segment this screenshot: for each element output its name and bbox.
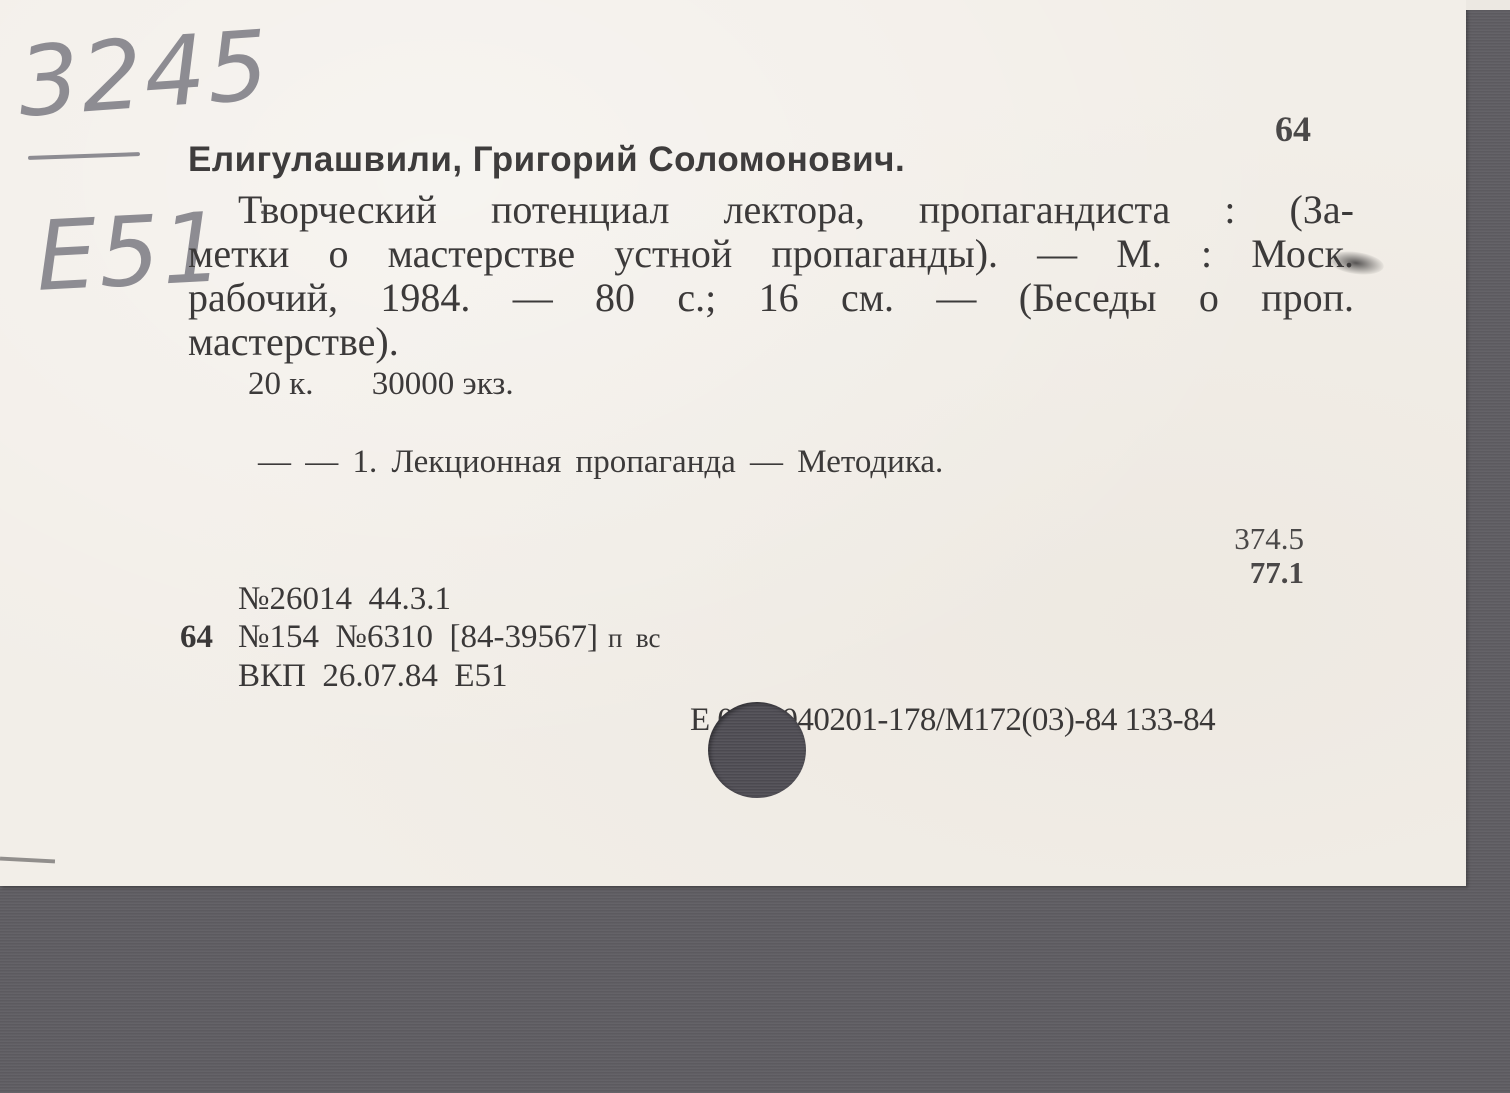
service-line-3: ВКП 26.07.84 Е51 (180, 657, 660, 695)
bibliographic-description: ·Творческий потенциал лектора, пропаганд… (188, 188, 1354, 364)
author-heading: Елигулашвили, Григорий Соломонович. (188, 140, 905, 180)
subject-heading: — — 1. Лекционная пропаганда — Методика. (258, 444, 943, 481)
description-line: мастерстве). (188, 320, 1354, 364)
description-line: рабочий, 1984. — 80 с.; 16 см. — (Беседы… (188, 276, 1354, 320)
dot-mark-icon: · (208, 192, 267, 236)
udc-code: 374.5 (1234, 522, 1304, 556)
edge-wear-mark (0, 857, 55, 864)
punch-hole (708, 702, 806, 798)
catalog-card: 3245 Е51 64 Елигулашвили, Григорий Солом… (0, 0, 1466, 886)
card-count-number: 64 (1275, 108, 1311, 150)
handwritten-inventory-number: 3245 (14, 9, 274, 138)
price-and-print-run: 20 к. 30000 экз. (248, 366, 564, 403)
description-line: ·Творческий потенциал лектора, пропаганд… (188, 188, 1354, 232)
service-line-1: №26014 44.3.1 (180, 580, 660, 618)
price: 20 к. (248, 366, 314, 402)
handwritten-divider-line (28, 152, 140, 160)
card-edge-flap (1466, 0, 1510, 10)
classification-codes: 374.5 77.1 (1234, 522, 1304, 590)
description-line: метки о мастерстве устной пропаганды). —… (188, 232, 1354, 276)
print-run: 30000 экз. (372, 366, 514, 402)
bbk-code: 77.1 (1234, 556, 1304, 590)
service-line-2: 64№154 №6310 [84-39567]п вс (180, 618, 660, 657)
service-information: №26014 44.3.1 64№154 №6310 [84-39567]п в… (180, 580, 660, 695)
